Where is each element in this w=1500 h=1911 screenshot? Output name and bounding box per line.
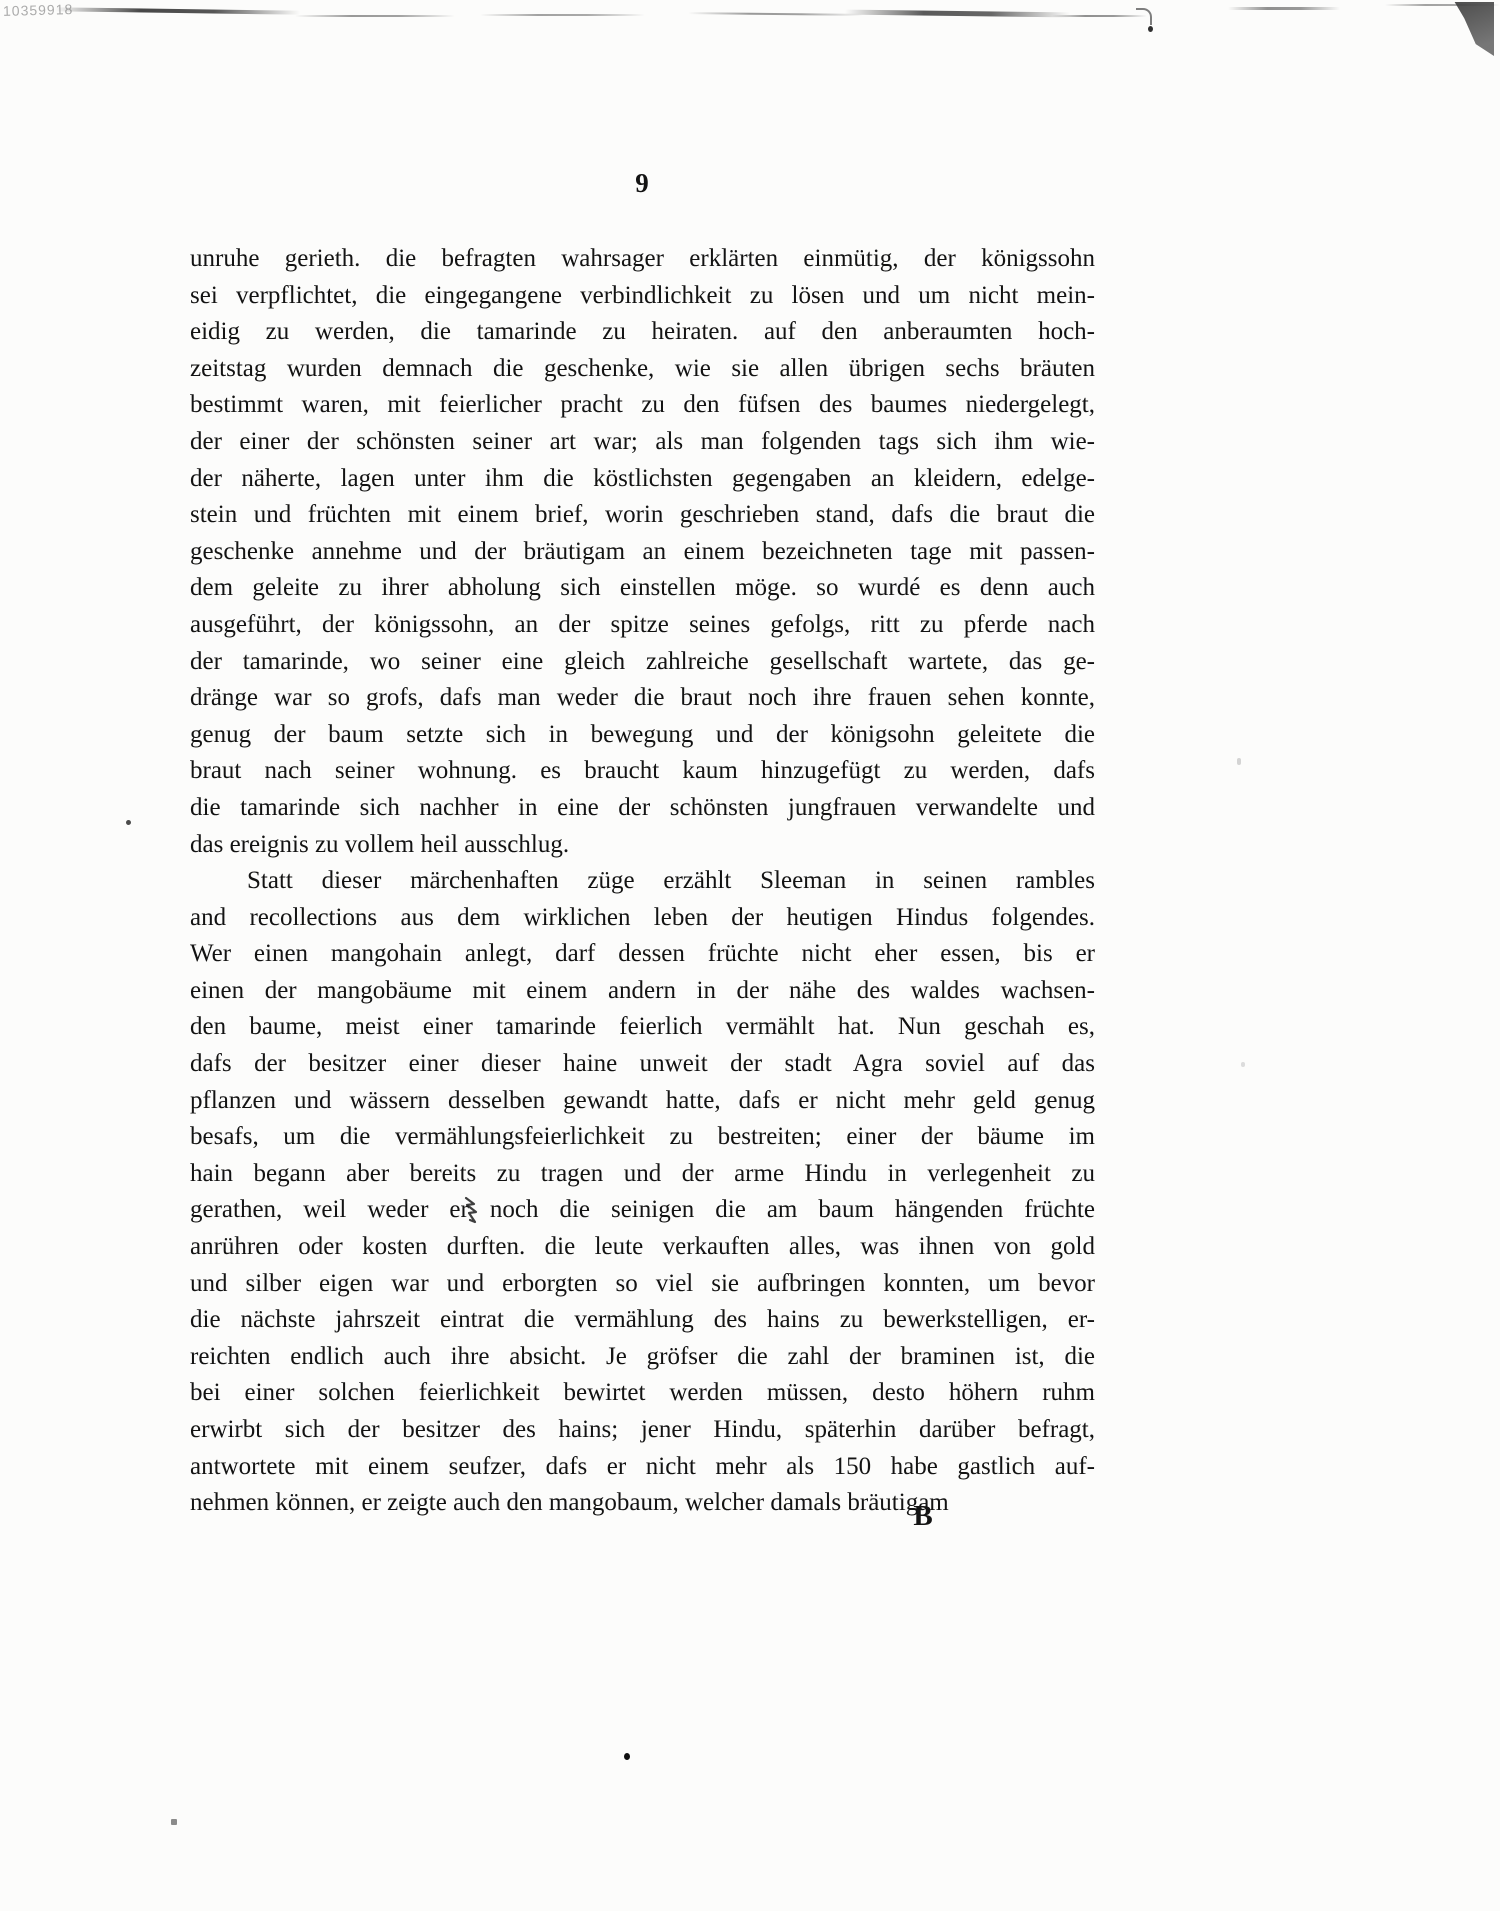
text-line: einen der mangobäume mit einem andern in… <box>190 973 1095 1010</box>
text-line: der näherte, lagen unter ihm die köstlic… <box>190 461 1095 498</box>
margin-dot-artifact <box>126 820 131 825</box>
text-line: stein und früchten mit einem brief, wori… <box>190 497 1095 534</box>
scan-streak-artifact <box>845 10 1070 18</box>
text-line: anrühren oder kosten durften. die leute … <box>190 1229 1095 1266</box>
text-line: Wer einen mangohain anlegt, darf dessen … <box>190 936 1095 973</box>
text-line: antwortete mit einem seufzer, dafs er ni… <box>190 1449 1095 1486</box>
scan-dot-artifact <box>1148 26 1153 32</box>
text-line: dafs der besitzer einer dieser haine unw… <box>190 1046 1095 1083</box>
text-line: pflanzen und wässern desselben gewandt h… <box>190 1083 1095 1120</box>
text-line: eidig zu werden, die tamarinde zu heirat… <box>190 314 1095 351</box>
text-line: und silber eigen war und erborgten so vi… <box>190 1266 1095 1303</box>
text-line: zeitstag wurden demnach die geschenke, w… <box>190 351 1095 388</box>
scan-streak-artifact <box>480 14 645 16</box>
scan-streak-artifact <box>688 12 863 16</box>
text-line: gerathen, weil weder er noch die seinige… <box>190 1192 1095 1229</box>
faint-speck-artifact <box>1241 1062 1245 1067</box>
text-line: die nächste jahrszeit eintrat die vermäh… <box>190 1302 1095 1339</box>
scan-streak-artifact <box>1052 15 1147 17</box>
text-line: dränge war so grofs, dafs man weder die … <box>190 680 1095 717</box>
page-number: 9 <box>190 165 1095 201</box>
paragraph-tale: unruhe gerieth. die befragten wahrsager … <box>190 241 1095 863</box>
bottom-dot-artifact <box>624 1753 630 1760</box>
text-line: bei einer solchen feierlichkeit bewirtet… <box>190 1375 1095 1412</box>
text-line: unruhe gerieth. die befragten wahrsager … <box>190 241 1095 278</box>
text-line: ausgeführt, der königssohn, an der spitz… <box>190 607 1095 644</box>
text-line: genug der baum setzte sich in bewegung u… <box>190 717 1095 754</box>
text-line: besafs, um die vermählungsfeierlichkeit … <box>190 1119 1095 1156</box>
text-line: bestimmt waren, mit feierlicher pracht z… <box>190 387 1095 424</box>
text-line: die tamarinde sich nachher in eine der s… <box>190 790 1095 827</box>
text-line: der einer der schönsten seiner art war; … <box>190 424 1095 461</box>
paragraph-sleeman: Statt dieser märchenhaften züge erzählt … <box>190 863 1095 1522</box>
bottom-square-artifact <box>171 1819 177 1825</box>
scan-streak-artifact <box>295 15 455 17</box>
text-line: den baume, meist einer tamarinde feierli… <box>190 1009 1095 1046</box>
text-line: erwirbt sich der besitzer des hains; jen… <box>190 1412 1095 1449</box>
text-line: der tamarinde, wo seiner eine gleich zah… <box>190 644 1095 681</box>
catchword-signature: B <box>893 1500 953 1533</box>
scan-hook-artifact <box>1136 8 1152 25</box>
text-line: dem geleite zu ihrer abholung sich einst… <box>190 570 1095 607</box>
text-line: reichten endlich auch ihre absicht. Je g… <box>190 1339 1095 1376</box>
text-line: Statt dieser märchenhaften züge erzählt … <box>190 863 1095 900</box>
text-line: geschenke annehme und der bräutigam an e… <box>190 534 1095 571</box>
scan-streak-artifact <box>1228 7 1340 10</box>
text-line: sei verpflichtet, die eingegangene verbi… <box>190 278 1095 315</box>
text-block: 9 unruhe gerieth. die befragten wahrsage… <box>190 165 1095 1522</box>
ink-squiggle-artifact <box>452 1196 484 1228</box>
text-line: braut nach seiner wohnung. es braucht ka… <box>190 753 1095 790</box>
text-line: nehmen können, er zeigte auch den mangob… <box>190 1485 1095 1522</box>
text-line: hain begann aber bereits zu tragen und d… <box>190 1156 1095 1193</box>
scanned-book-page: 10359918 9 unruhe gerieth. die befragten… <box>0 0 1500 1911</box>
scan-streak-artifact <box>55 7 300 14</box>
text-line: and recollections aus dem wirklichen leb… <box>190 900 1095 937</box>
text-line: das ereignis zu vollem heil ausschlug. <box>190 827 1095 864</box>
scan-corner-blob-artifact <box>1446 2 1494 56</box>
faint-speck-artifact <box>1237 758 1241 765</box>
